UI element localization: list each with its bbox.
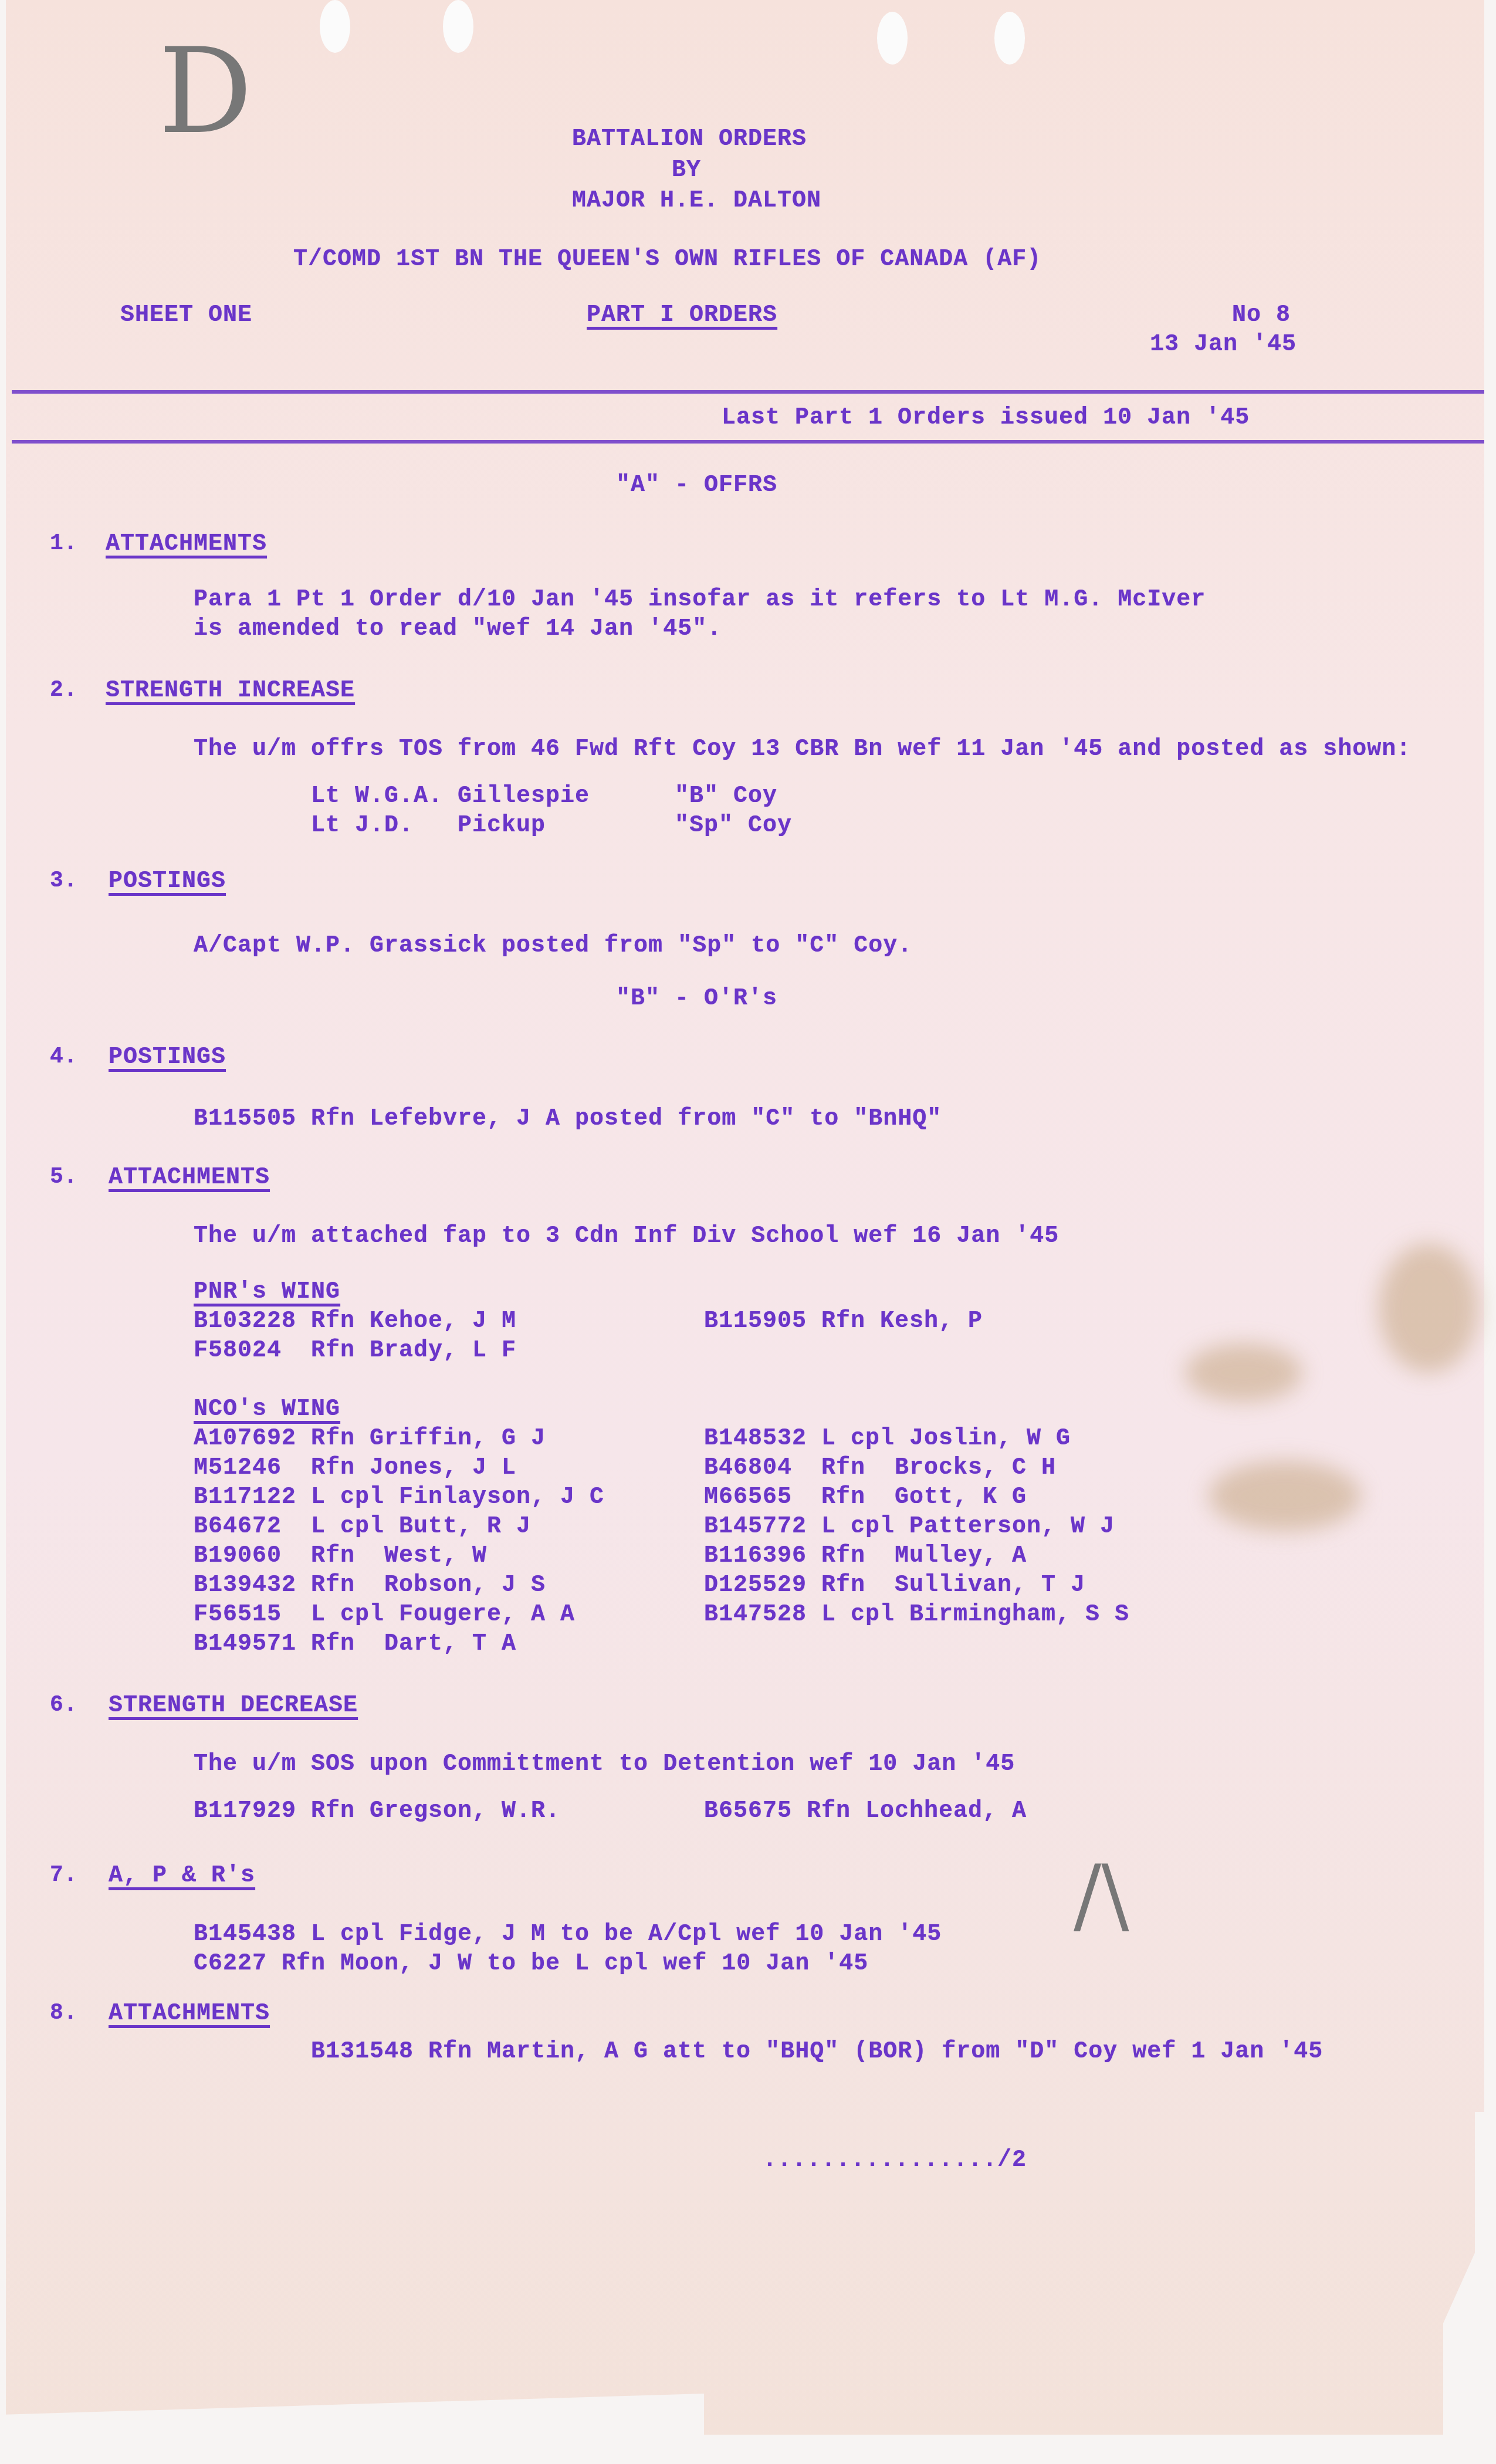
part-title: PART I ORDERS bbox=[587, 302, 777, 329]
para-heading: ATTACHMENTS bbox=[109, 2001, 270, 2027]
para-line: C6227 Rfn Moon, J W to be L cpl wef 10 J… bbox=[194, 1951, 868, 1977]
divider bbox=[12, 440, 1484, 444]
para-number: 5. bbox=[50, 1165, 78, 1190]
roster-entry: F58024 Rfn Brady, L F bbox=[194, 1338, 516, 1364]
para-line: is amended to read "wef 14 Jan '45". bbox=[194, 616, 722, 642]
para-number: 1. bbox=[50, 531, 78, 556]
stain bbox=[1185, 1343, 1302, 1402]
roster-entry: B19060 Rfn West, W bbox=[194, 1543, 487, 1569]
para-line: A/Capt W.P. Grassick posted from "Sp" to… bbox=[194, 933, 912, 959]
para-heading: A, P & R's bbox=[109, 1863, 255, 1889]
roster-entry: F56515 L cpl Fougere, A A bbox=[194, 1602, 575, 1628]
section-b-title: "B" - O'R's bbox=[616, 986, 777, 1012]
group-title: PNR's WING bbox=[194, 1279, 340, 1305]
para-heading: ATTACHMENTS bbox=[109, 1165, 270, 1191]
para-line: The u/m offrs TOS from 46 Fwd Rft Coy 13… bbox=[194, 736, 1411, 763]
para-number: 8. bbox=[50, 2001, 78, 2026]
posting-coy: "B" Coy bbox=[675, 783, 777, 810]
para-heading: STRENGTH DECREASE bbox=[109, 1693, 358, 1719]
pencil-mark: /\ bbox=[1074, 1848, 1129, 1944]
para-line: The u/m attached fap to 3 Cdn Inf Div Sc… bbox=[194, 1223, 1059, 1250]
group-title: NCO's WING bbox=[194, 1396, 340, 1423]
roster-entry: B64672 L cpl Butt, R J bbox=[194, 1514, 531, 1540]
sheet-label: SHEET ONE bbox=[120, 302, 252, 329]
roster-entry: A107692 Rfn Griffin, G J bbox=[194, 1426, 546, 1452]
divider bbox=[12, 390, 1484, 394]
roster-entry: B116396 Rfn Mulley, A bbox=[704, 1543, 1027, 1569]
roster-entry: B103228 Rfn Kehoe, J M bbox=[194, 1308, 516, 1335]
para-heading: ATTACHMENTS bbox=[106, 531, 267, 557]
roster-entry: B148532 L cpl Joslin, W G bbox=[704, 1426, 1071, 1452]
posting-name: Lt W.G.A. Gillespie bbox=[311, 783, 590, 810]
para-number: 2. bbox=[50, 678, 78, 703]
roster-entry: B145772 L cpl Patterson, W J bbox=[704, 1514, 1115, 1540]
posting-name: Lt J.D. Pickup bbox=[311, 813, 546, 839]
para-line: B115505 Rfn Lefebvre, J A posted from "C… bbox=[194, 1106, 942, 1132]
para-number: 4. bbox=[50, 1044, 78, 1069]
roster-entry: M66565 Rfn Gott, K G bbox=[704, 1484, 1027, 1511]
roster-entry: M51246 Rfn Jones, J L bbox=[194, 1455, 516, 1481]
punch-hole bbox=[877, 12, 908, 65]
pencil-annotation: D bbox=[158, 23, 252, 160]
roster-entry: B147528 L cpl Birmingham, S S bbox=[704, 1602, 1129, 1628]
para-line: B145438 L cpl Fidge, J M to be A/Cpl wef… bbox=[194, 1921, 942, 1948]
doc-unit: T/COMD 1ST BN THE QUEEN'S OWN RIFLES OF … bbox=[293, 246, 1041, 273]
doc-by: BY bbox=[672, 157, 701, 184]
para-number: 7. bbox=[50, 1863, 78, 1888]
para-line: Para 1 Pt 1 Order d/10 Jan '45 insofar a… bbox=[194, 587, 1206, 613]
punch-hole bbox=[443, 0, 473, 53]
paper-sheet bbox=[6, 0, 1484, 2435]
para-line: The u/m SOS upon Committment to Detentio… bbox=[194, 1751, 1015, 1778]
stain bbox=[1209, 1461, 1361, 1531]
order-date: 13 Jan '45 bbox=[1150, 331, 1297, 358]
last-orders: Last Part 1 Orders issued 10 Jan '45 bbox=[722, 405, 1250, 431]
roster-entry: B46804 Rfn Brocks, C H bbox=[704, 1455, 1056, 1481]
para-line: B131548 Rfn Martin, A G att to "BHQ" (BO… bbox=[311, 2039, 1323, 2065]
punch-hole bbox=[994, 12, 1025, 65]
punch-hole bbox=[320, 0, 350, 53]
para-heading: STRENGTH INCREASE bbox=[106, 678, 355, 704]
para-number: 3. bbox=[50, 868, 78, 893]
para-number: 6. bbox=[50, 1693, 78, 1718]
roster-entry: B117122 L cpl Finlayson, J C bbox=[194, 1484, 604, 1511]
continuation-marker: ................/2 bbox=[763, 2147, 1027, 2174]
roster-entry: D125529 Rfn Sullivan, T J bbox=[704, 1572, 1085, 1599]
roster-entry: B117929 Rfn Gregson, W.R. bbox=[194, 1798, 560, 1825]
doc-title: BATTALION ORDERS bbox=[572, 126, 807, 153]
stain bbox=[1379, 1244, 1478, 1373]
doc-author: MAJOR H.E. DALTON bbox=[572, 188, 821, 214]
section-a-title: "A" - OFFRS bbox=[616, 472, 777, 499]
roster-entry: B115905 Rfn Kesh, P bbox=[704, 1308, 983, 1335]
order-number: No 8 bbox=[1232, 302, 1291, 329]
para-heading: POSTINGS bbox=[109, 1044, 226, 1071]
roster-entry: B149571 Rfn Dart, T A bbox=[194, 1631, 516, 1657]
posting-coy: "Sp" Coy bbox=[675, 813, 792, 839]
para-heading: POSTINGS bbox=[109, 868, 226, 895]
roster-entry: B139432 Rfn Robson, J S bbox=[194, 1572, 546, 1599]
roster-entry: B65675 Rfn Lochhead, A bbox=[704, 1798, 1027, 1825]
